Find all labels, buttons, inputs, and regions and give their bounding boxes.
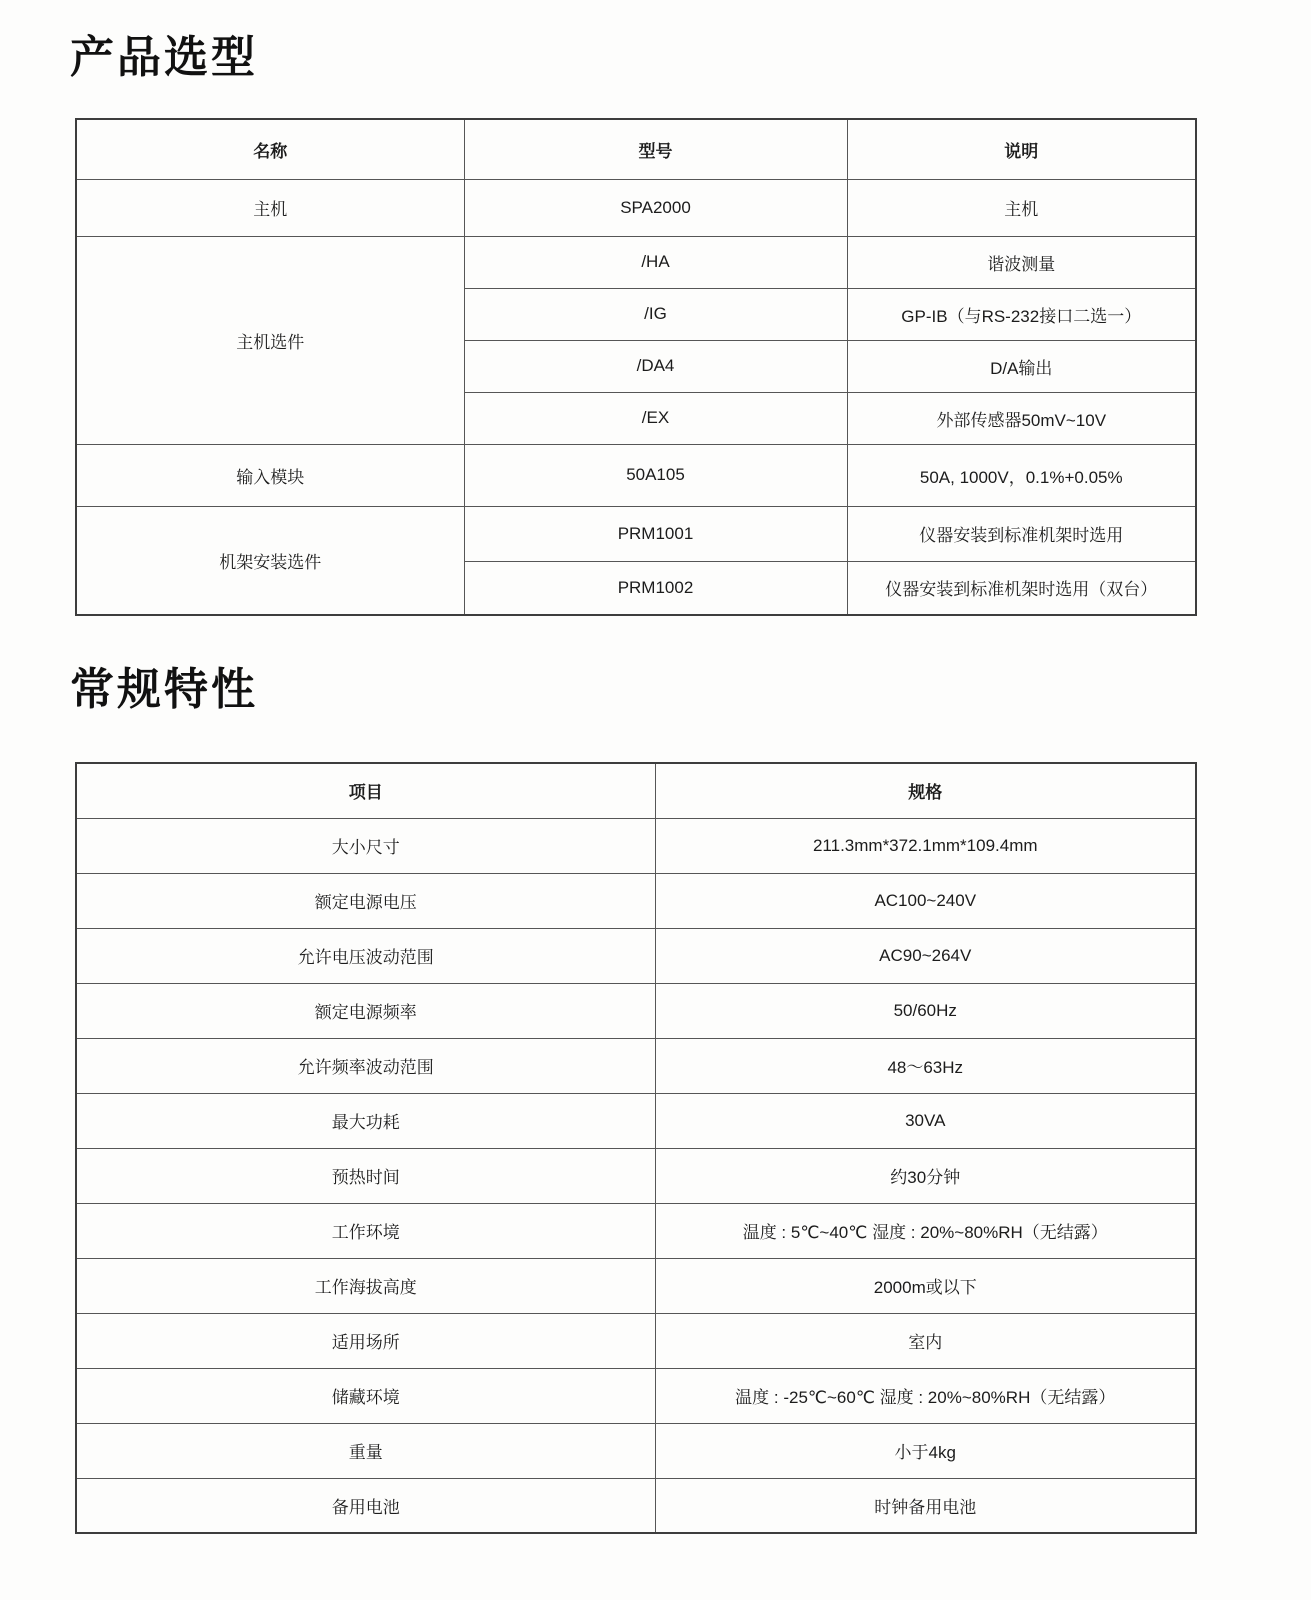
table-row: 储藏环境 温度 : -25℃~60℃ 湿度 : 20%~80%RH（无结露） <box>76 1368 1196 1423</box>
table-row-host: 主机 SPA2000 主机 <box>76 179 1196 236</box>
table-row: 适用场所 室内 <box>76 1313 1196 1368</box>
cell-spec: 2000m或以下 <box>655 1258 1196 1313</box>
cell-spec: 48～63Hz <box>655 1038 1196 1093</box>
cell-desc: 仪器安装到标准机架时选用（双台） <box>847 561 1196 615</box>
cell-item: 大小尺寸 <box>76 818 655 873</box>
cell-spec: 温度 : 5℃~40℃ 湿度 : 20%~80%RH（无结露） <box>655 1203 1196 1258</box>
cell-model: SPA2000 <box>464 179 847 236</box>
table-row-rack-mount: 机架安装选件 PRM1001 仪器安装到标准机架时选用 <box>76 506 1196 561</box>
cell-spec: 50/60Hz <box>655 983 1196 1038</box>
cell-spec: 温度 : -25℃~60℃ 湿度 : 20%~80%RH（无结露） <box>655 1368 1196 1423</box>
column-header-item: 项目 <box>76 763 655 818</box>
cell-item: 允许频率波动范围 <box>76 1038 655 1093</box>
cell-name: 主机 <box>76 179 464 236</box>
column-header-spec: 规格 <box>655 763 1196 818</box>
section-title-product-selection: 产品选型 <box>70 32 1311 84</box>
cell-model: 50A105 <box>464 444 847 506</box>
table-row: 允许频率波动范围 48～63Hz <box>76 1038 1196 1093</box>
cell-desc: 仪器安装到标准机架时选用 <box>847 506 1196 561</box>
cell-item: 额定电源电压 <box>76 873 655 928</box>
product-selection-table: 名称 型号 说明 主机 SPA2000 主机 主机选件 /HA 谐波测量 /IG… <box>75 118 1197 616</box>
cell-model: /DA4 <box>464 340 847 392</box>
cell-spec: 室内 <box>655 1313 1196 1368</box>
section-title-general-characteristics: 常规特性 <box>70 664 1311 716</box>
cell-spec: AC100~240V <box>655 873 1196 928</box>
cell-model: /IG <box>464 288 847 340</box>
table-row: 预热时间 约30分钟 <box>76 1148 1196 1203</box>
table-row: 重量 小于4kg <box>76 1423 1196 1478</box>
cell-item: 允许电压波动范围 <box>76 928 655 983</box>
cell-spec: AC90~264V <box>655 928 1196 983</box>
cell-desc: 50A, 1000V，0.1%+0.05% <box>847 444 1196 506</box>
cell-name: 输入模块 <box>76 444 464 506</box>
cell-spec: 30VA <box>655 1093 1196 1148</box>
column-header-name: 名称 <box>76 119 464 179</box>
table-row: 大小尺寸 211.3mm*372.1mm*109.4mm <box>76 818 1196 873</box>
cell-item: 重量 <box>76 1423 655 1478</box>
cell-model: /HA <box>464 236 847 288</box>
table-row: 允许电压波动范围 AC90~264V <box>76 928 1196 983</box>
cell-item: 预热时间 <box>76 1148 655 1203</box>
cell-desc: 外部传感器50mV~10V <box>847 392 1196 444</box>
general-characteristics-table: 项目 规格 大小尺寸 211.3mm*372.1mm*109.4mm 额定电源电… <box>75 762 1197 1534</box>
cell-item: 适用场所 <box>76 1313 655 1368</box>
cell-item: 额定电源频率 <box>76 983 655 1038</box>
cell-group-name: 主机选件 <box>76 236 464 444</box>
cell-desc: 主机 <box>847 179 1196 236</box>
cell-item: 储藏环境 <box>76 1368 655 1423</box>
cell-desc: 谐波测量 <box>847 236 1196 288</box>
cell-model: PRM1002 <box>464 561 847 615</box>
table-row: 额定电源电压 AC100~240V <box>76 873 1196 928</box>
cell-desc: D/A输出 <box>847 340 1196 392</box>
table-row: 工作海拔高度 2000m或以下 <box>76 1258 1196 1313</box>
cell-group-name: 机架安装选件 <box>76 506 464 615</box>
cell-item: 工作海拔高度 <box>76 1258 655 1313</box>
cell-item: 工作环境 <box>76 1203 655 1258</box>
cell-spec: 约30分钟 <box>655 1148 1196 1203</box>
column-header-model: 型号 <box>464 119 847 179</box>
column-header-desc: 说明 <box>847 119 1196 179</box>
table-row: 备用电池 时钟备用电池 <box>76 1478 1196 1533</box>
cell-model: /EX <box>464 392 847 444</box>
scanned-document-page: 产品选型 名称 型号 说明 主机 SPA2000 主机 主机选件 /HA 谐波测… <box>0 0 1311 1600</box>
table-header-row: 项目 规格 <box>76 763 1196 818</box>
table-row-host-option: 主机选件 /HA 谐波测量 <box>76 236 1196 288</box>
table-row: 工作环境 温度 : 5℃~40℃ 湿度 : 20%~80%RH（无结露） <box>76 1203 1196 1258</box>
cell-spec: 时钟备用电池 <box>655 1478 1196 1533</box>
table-row-input-module: 输入模块 50A105 50A, 1000V，0.1%+0.05% <box>76 444 1196 506</box>
table-row: 额定电源频率 50/60Hz <box>76 983 1196 1038</box>
cell-item: 最大功耗 <box>76 1093 655 1148</box>
cell-spec: 211.3mm*372.1mm*109.4mm <box>655 818 1196 873</box>
cell-item: 备用电池 <box>76 1478 655 1533</box>
cell-spec: 小于4kg <box>655 1423 1196 1478</box>
table-row: 最大功耗 30VA <box>76 1093 1196 1148</box>
table-header-row: 名称 型号 说明 <box>76 119 1196 179</box>
cell-desc: GP-IB（与RS-232接口二选一） <box>847 288 1196 340</box>
cell-model: PRM1001 <box>464 506 847 561</box>
